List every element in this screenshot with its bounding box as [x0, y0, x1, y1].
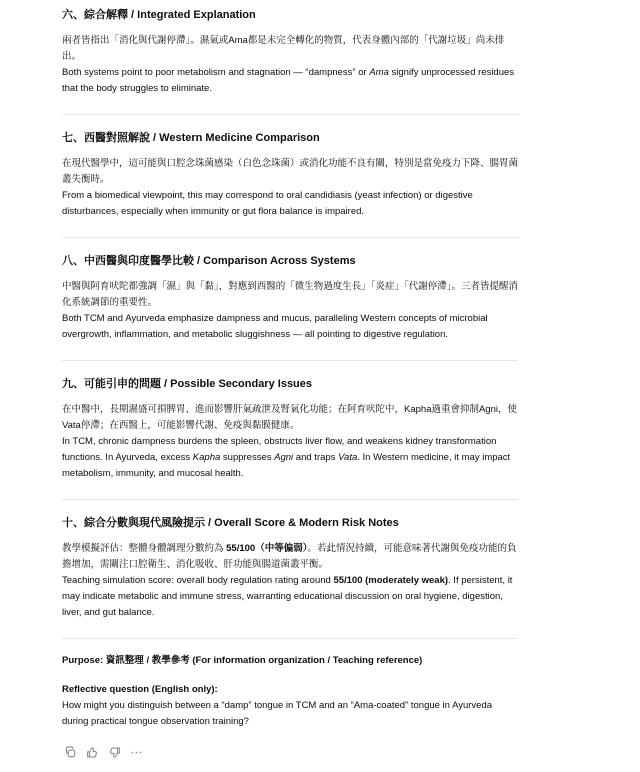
section-paragraph: 在現代醫學中，這可能與口腔念珠菌感染（白色念珠菌）或消化功能不良有關，特別是當免…: [62, 156, 518, 220]
section-integrated-explanation: 六、綜合解釋 / Integrated Explanation 兩者皆指出「消化…: [62, 6, 518, 97]
more-options-icon: [130, 746, 143, 759]
section-paragraph: 中醫與阿育吠陀都強調「濕」與「黏」，對應到西醫的「微生物過度生長」「炎症」「代謝…: [62, 279, 518, 343]
paragraph-zh: 中醫與阿育吠陀都強調「濕」與「黏」，對應到西醫的「微生物過度生長」「炎症」「代謝…: [62, 279, 518, 311]
section-divider: [62, 638, 518, 639]
thumbs-down-icon: [108, 746, 121, 759]
section-comparison-across-systems: 八、中西醫與印度醫學比較 / Comparison Across Systems…: [62, 252, 518, 343]
purpose-note: Purpose: 資訊整理 / 教學參考 (For information or…: [62, 653, 518, 669]
assistant-message: 六、綜合解釋 / Integrated Explanation 兩者皆指出「消化…: [0, 0, 518, 760]
paragraph-en: From a biomedical viewpoint, this may co…: [62, 188, 518, 220]
section-overall-score-risk-notes: 十、綜合分數與現代風險提示 / Overall Score & Modern R…: [62, 514, 518, 621]
section-western-medicine-comparison: 七、西醫對照解說 / Western Medicine Comparison 在…: [62, 129, 518, 220]
paragraph-en: In TCM, chronic dampness burdens the spl…: [62, 434, 518, 482]
section-heading: 七、西醫對照解說 / Western Medicine Comparison: [62, 129, 518, 147]
paragraph-zh: 兩者皆指出「消化與代謝停滯」。濕氣或Ama都是未完全轉化的物質，代表身體內部的「…: [62, 33, 518, 65]
paragraph-zh: 在現代醫學中，這可能與口腔念珠菌感染（白色念珠菌）或消化功能不良有關，特別是當免…: [62, 156, 518, 188]
paragraph-en: Both systems point to poor metabolism an…: [62, 65, 518, 97]
paragraph-en: Teaching simulation score: overall body …: [62, 573, 518, 621]
reflective-question-heading: Reflective question (English only):: [62, 682, 518, 698]
copy-button[interactable]: [62, 744, 78, 760]
message-actions: [62, 744, 518, 760]
section-heading: 十、綜合分數與現代風險提示 / Overall Score & Modern R…: [62, 514, 518, 532]
section-heading: 六、綜合解釋 / Integrated Explanation: [62, 6, 518, 24]
section-divider: [62, 114, 518, 115]
section-heading: 八、中西醫與印度醫學比較 / Comparison Across Systems: [62, 252, 518, 270]
paragraph-zh: 在中醫中，長期濕盛可損脾胃、進而影響肝氣疏泄及腎氣化功能；在阿育吠陀中，Kaph…: [62, 402, 518, 434]
section-heading: 九、可能引申的問題 / Possible Secondary Issues: [62, 375, 518, 393]
section-divider: [62, 499, 518, 500]
reflective-question-text: How might you distinguish between a “dam…: [62, 700, 492, 727]
section-paragraph: 在中醫中，長期濕盛可損脾胃、進而影響肝氣疏泄及腎氣化功能；在阿育吠陀中，Kaph…: [62, 402, 518, 482]
copy-icon: [64, 746, 77, 759]
thumbs-up-button[interactable]: [84, 744, 100, 760]
section-paragraph: 教學模擬評估：整體身體調理分數約為 55/100（中等偏弱）。若此情況持續，可能…: [62, 541, 518, 621]
section-possible-secondary-issues: 九、可能引申的問題 / Possible Secondary Issues 在中…: [62, 375, 518, 482]
section-paragraph: 兩者皆指出「消化與代謝停滯」。濕氣或Ama都是未完全轉化的物質，代表身體內部的「…: [62, 33, 518, 97]
paragraph-en: Both TCM and Ayurveda emphasize dampness…: [62, 311, 518, 343]
paragraph-zh: 教學模擬評估：整體身體調理分數約為 55/100（中等偏弱）。若此情況持續，可能…: [62, 541, 518, 573]
section-divider: [62, 237, 518, 238]
more-options-button[interactable]: [128, 744, 144, 760]
reflective-question-block: Reflective question (English only): How …: [62, 682, 518, 730]
thumbs-down-button[interactable]: [106, 744, 122, 760]
thumbs-up-icon: [86, 746, 99, 759]
section-divider: [62, 360, 518, 361]
